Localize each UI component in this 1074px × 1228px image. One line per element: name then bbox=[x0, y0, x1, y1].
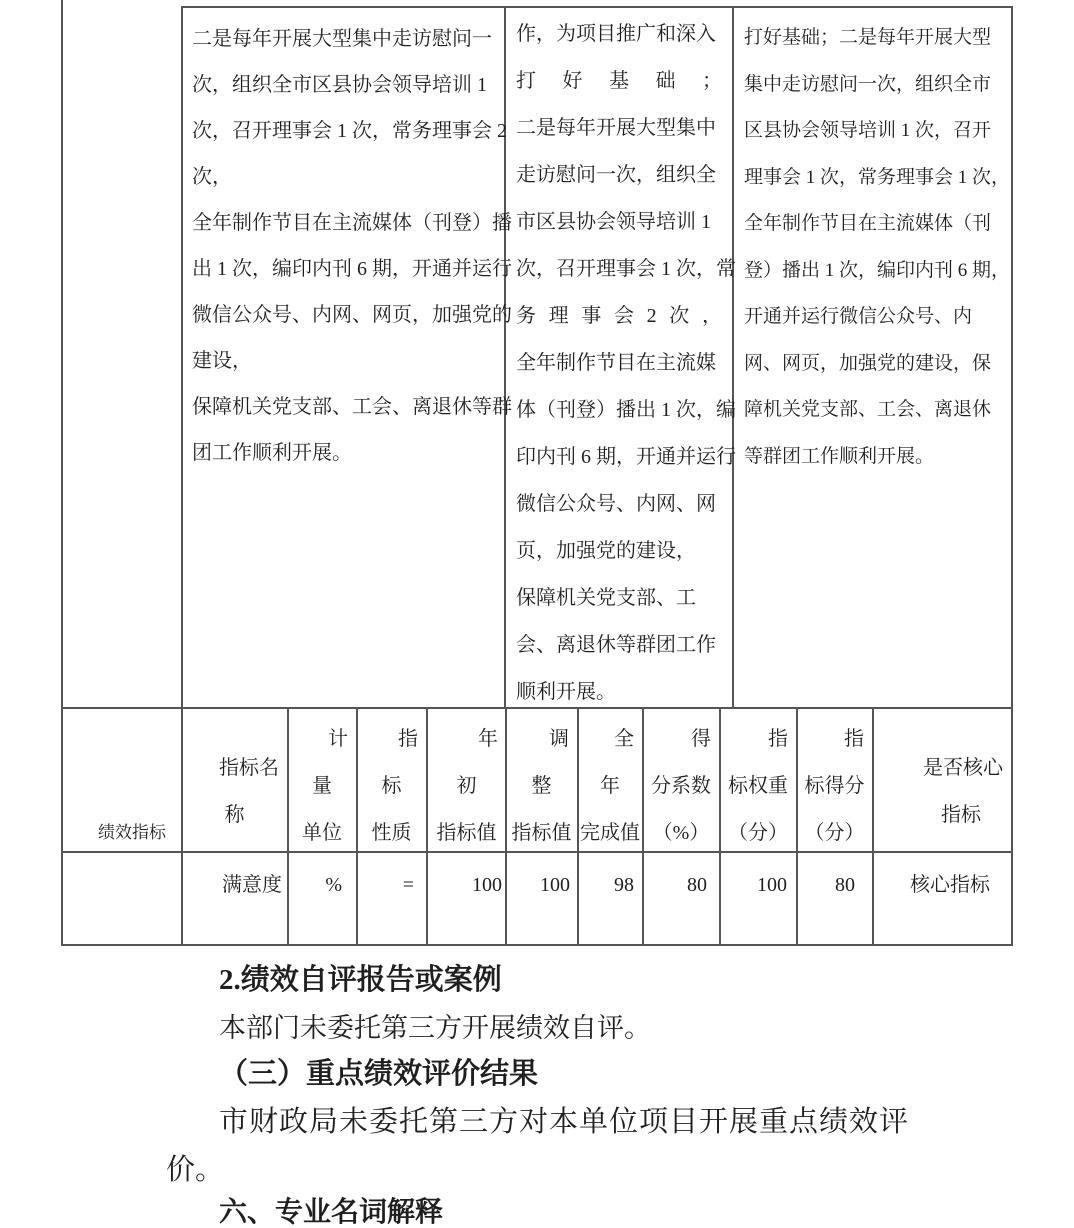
cell-core-indicator-flag: 核心指标 bbox=[874, 852, 1010, 944]
header-cell-core-indicator: 是否核心指标 bbox=[874, 708, 1010, 852]
cell-nature-equals: = bbox=[358, 852, 425, 944]
text-line: 登）播出 1 次，编印内刊 6 期， bbox=[744, 248, 1008, 295]
header-cell-unit: 计量单位 bbox=[289, 708, 355, 852]
text-line: 建设， bbox=[192, 338, 502, 384]
cell-score-coefficient: 80 bbox=[644, 852, 718, 944]
cell-initial-value: 100 bbox=[428, 852, 505, 944]
text-line: 全年制作节目在主流媒体（刊 bbox=[744, 201, 1008, 248]
text-line: 保障机关党支部、工 bbox=[516, 575, 724, 622]
text-line: 指 bbox=[721, 716, 795, 763]
text-line: 指标名 bbox=[183, 745, 286, 792]
header-cell-initial-value: 年初指标值 bbox=[428, 708, 505, 852]
text-line: 走访慰问一次，组织全 bbox=[516, 152, 724, 199]
document-page: 二是每年开展大型集中走访慰问一次，组织全市区县协会领导培训 1次，召开理事会 1… bbox=[0, 0, 1074, 1228]
text-line: 分系数 bbox=[644, 763, 718, 810]
text-line: 指标值 bbox=[507, 810, 576, 857]
text-line: 二是每年开展大型集中走访慰问一 bbox=[192, 16, 502, 62]
text-line: 指 bbox=[358, 716, 425, 763]
text-line: 初 bbox=[428, 763, 505, 810]
header-cell-year-completion: 全年完成值 bbox=[579, 708, 641, 852]
heading-self-evaluation-report: 2.绩效自评报告或案例 bbox=[219, 957, 502, 998]
text-line: 打好基础；二是每年开展大型 bbox=[744, 15, 1008, 62]
text-line: 打好基础； bbox=[516, 58, 724, 105]
text-line: 年 bbox=[579, 763, 641, 810]
text-line: 年 bbox=[428, 716, 505, 763]
text-line: 整 bbox=[507, 763, 576, 810]
table-border-col-b bbox=[504, 6, 506, 708]
text-line: 作，为项目推广和深入 bbox=[516, 11, 724, 58]
paragraph-self-evaluation: 本部门未委托第三方开展绩效自评。 bbox=[219, 1006, 651, 1045]
text-line: 微信公众号、内网、网 bbox=[516, 481, 724, 528]
activity-text-column-2: 作，为项目推广和深入打好基础；二是每年开展大型集中走访慰问一次，组织全市区县协会… bbox=[516, 7, 724, 716]
header-cell-score-coefficient: 得分系数（%） bbox=[644, 708, 718, 852]
header-cell-adjusted-value: 调整指标值 bbox=[507, 708, 576, 852]
text-line: 区县协会领导培训 1 次，召开 bbox=[744, 108, 1008, 155]
cell-year-completion: 98 bbox=[579, 852, 641, 944]
text-line: 性质 bbox=[358, 810, 425, 857]
text-line: 次，召开理事会 1 次，常 bbox=[516, 246, 724, 293]
text-line: （分） bbox=[798, 810, 871, 857]
text-line: 出 1 次，编印内刊 6 期，开通并运行 bbox=[192, 246, 502, 292]
text-line: 网、网页，加强党的建设，保 bbox=[744, 341, 1008, 388]
text-line: 完成值 bbox=[579, 810, 641, 857]
cell-adjusted-value: 100 bbox=[507, 852, 576, 944]
cell-indicator-name-satisfaction: 满意度 bbox=[183, 852, 286, 944]
text-line: 得 bbox=[644, 716, 718, 763]
text-line: 等群团工作顺利开展。 bbox=[744, 434, 1008, 481]
cell-indicator-weight: 100 bbox=[721, 852, 795, 944]
header-cell-performance-indicator: 绩效指标 bbox=[62, 820, 182, 850]
header-cell-indicator-score: 指标得分（分） bbox=[798, 708, 871, 852]
text-line: 印内刊 6 期，开通并运行 bbox=[516, 434, 724, 481]
text-line: 市区县协会领导培训 1 bbox=[516, 199, 724, 246]
text-line: 指 bbox=[798, 716, 871, 763]
text-line: 计 bbox=[289, 716, 355, 763]
header-cell-indicator-weight: 指标权重（分） bbox=[721, 708, 795, 852]
text-line: 指标值 bbox=[428, 810, 505, 857]
text-line: 二是每年开展大型集中 bbox=[516, 105, 724, 152]
text-line: 障机关党支部、工会、离退休 bbox=[744, 387, 1008, 434]
text-line: 指标 bbox=[912, 792, 1010, 839]
paragraph-key-evaluation-line2: 价。 bbox=[166, 1147, 224, 1188]
text-line: 保障机关党支部、工会、离退休等群 bbox=[192, 384, 502, 430]
text-line: （分） bbox=[721, 810, 795, 857]
table-border-right bbox=[1011, 6, 1013, 946]
text-line: 标权重 bbox=[721, 763, 795, 810]
text-line: 次，召开理事会 1 次，常务理事会 2 bbox=[192, 108, 502, 154]
heading-glossary: 六、专业名词解释 bbox=[219, 1190, 443, 1228]
text-line: 集中走访慰问一次，组织全市 bbox=[744, 62, 1008, 109]
cell-indicator-score: 80 bbox=[798, 852, 871, 944]
text-line: 会、离退休等群团工作 bbox=[516, 622, 724, 669]
text-line: 称 bbox=[183, 792, 286, 839]
text-line: 体（刊登）播出 1 次，编 bbox=[516, 387, 724, 434]
activity-text-column-3: 打好基础；二是每年开展大型集中走访慰问一次，组织全市区县协会领导培训 1 次，召… bbox=[744, 7, 1008, 480]
paragraph-key-evaluation-line1: 市财政局未委托第三方对本单位项目开展重点绩效评 bbox=[219, 1099, 909, 1140]
text-line: 团工作顺利开展。 bbox=[192, 430, 502, 476]
text-line: 理事会 1 次，常务理事会 1 次， bbox=[744, 155, 1008, 202]
table-border-bottom bbox=[61, 944, 1013, 946]
activity-text-column-1: 二是每年开展大型集中走访慰问一次，组织全市区县协会领导培训 1次，召开理事会 1… bbox=[192, 7, 502, 476]
text-line: 次， bbox=[192, 154, 502, 200]
text-line: 全 bbox=[579, 716, 641, 763]
header-cell-indicator-name: 指标名称 bbox=[183, 708, 286, 852]
text-line: 全年制作节目在主流媒体（刊登）播 bbox=[192, 200, 502, 246]
text-line: 次，组织全市区县协会领导培训 1 bbox=[192, 62, 502, 108]
text-line: 开通并运行微信公众号、内 bbox=[744, 294, 1008, 341]
text-line: 页，加强党的建设， bbox=[516, 528, 724, 575]
text-line: 是否核心 bbox=[912, 745, 1010, 792]
table-border-col-c bbox=[732, 6, 734, 708]
text-line: 调 bbox=[507, 716, 576, 763]
text-line: （%） bbox=[644, 810, 718, 857]
heading-key-evaluation-result: （三）重点绩效评价结果 bbox=[219, 1051, 538, 1092]
table-border-left bbox=[61, 0, 63, 946]
text-line: 务理事会2次， bbox=[516, 293, 724, 340]
text-line: 微信公众号、内网、网页，加强党的 bbox=[192, 292, 502, 338]
text-line: 单位 bbox=[289, 810, 355, 857]
text-line: 标得分 bbox=[798, 763, 871, 810]
text-line: 标 bbox=[358, 763, 425, 810]
text-line: 全年制作节目在主流媒 bbox=[516, 340, 724, 387]
header-cell-indicator-nature: 指标性质 bbox=[358, 708, 425, 852]
text-line: 量 bbox=[289, 763, 355, 810]
cell-unit-percent: % bbox=[289, 852, 355, 944]
